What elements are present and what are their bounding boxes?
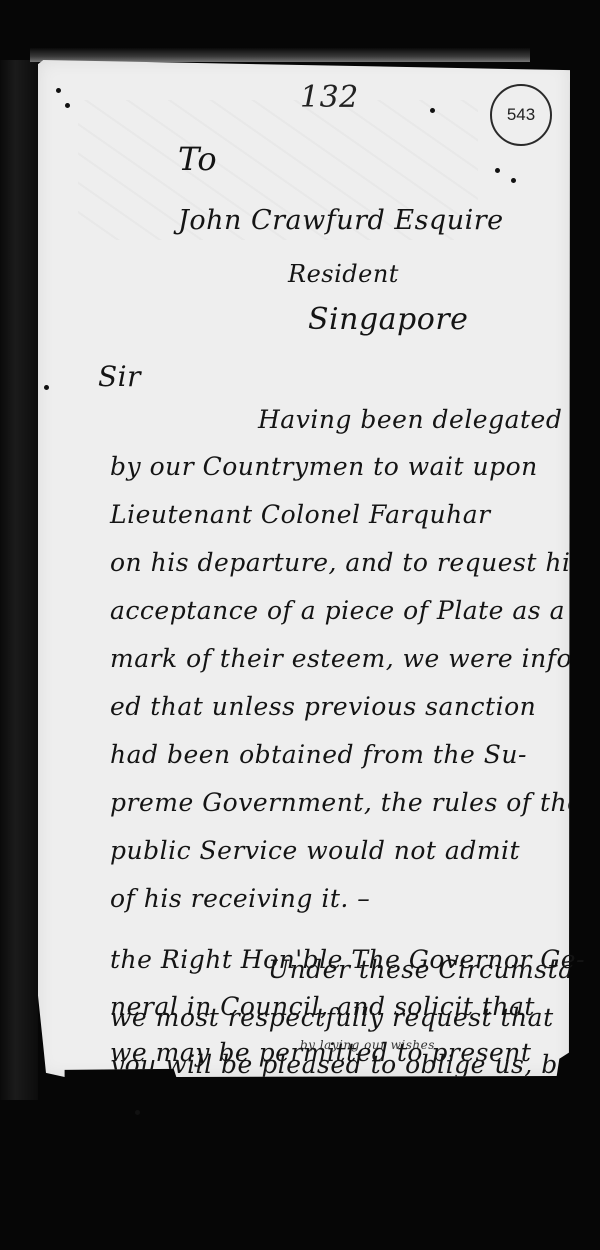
- ink-dot: [430, 108, 435, 113]
- folio-number: 132: [300, 80, 359, 115]
- body-line: Having been delegated: [258, 405, 562, 434]
- body-line: neral in Council, and solicit that: [110, 992, 535, 1021]
- address-name: John Crawfurd Esquire: [178, 205, 504, 236]
- body-line: on his departure, and to request his: [110, 548, 584, 577]
- letter-page: 132 543 To John Crawfurd Esquire Residen…: [38, 60, 570, 1077]
- page-top-shadow: [30, 48, 530, 62]
- body-line: preme Government, the rules of the: [110, 788, 582, 817]
- body-line: mark of their esteem, we were inform: [110, 644, 600, 673]
- body-line: of his receiving it. –: [110, 884, 370, 913]
- body-line: had been obtained from the Su-: [110, 740, 527, 769]
- body-line: ed that unless previous sanction: [110, 692, 536, 721]
- ink-dot: [495, 168, 500, 173]
- ink-dot: [44, 385, 49, 390]
- archive-stamp-number: 543: [507, 105, 535, 125]
- binding-strip: [0, 60, 38, 1100]
- document-scan: 132 543 To John Crawfurd Esquire Residen…: [0, 0, 600, 1250]
- address-place: Singapore: [308, 302, 468, 337]
- body-line: the Right Hon'ble The Governor Ge-: [110, 945, 585, 974]
- archive-stamp: 543: [490, 84, 552, 146]
- ink-dot: [65, 103, 70, 108]
- body-line: acceptance of a piece of Plate as a: [110, 596, 565, 625]
- body-line: Lieutenant Colonel Farquhar: [110, 500, 491, 529]
- salutation: Sir: [98, 360, 141, 393]
- ink-dot: [135, 1110, 140, 1115]
- address-title: Resident: [288, 260, 399, 288]
- body-line: public Service would not admit: [110, 836, 520, 865]
- body-line: by our Countrymen to wait upon: [110, 452, 538, 481]
- ink-dot: [511, 178, 516, 183]
- to-line: To: [178, 140, 217, 178]
- body-line: we may be permitted to present: [110, 1038, 531, 1067]
- ink-dot: [56, 88, 61, 93]
